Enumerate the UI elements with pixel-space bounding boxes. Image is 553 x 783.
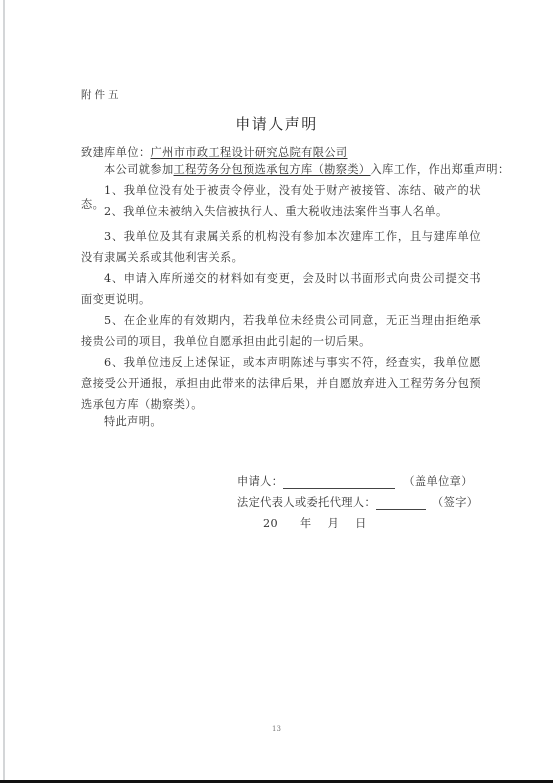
representative-signature-row: 法定代表人或委托代理人： （签字） (237, 496, 478, 510)
representative-label: 法定代表人或委托代理人： (237, 496, 376, 509)
recipient-prefix: 致建库单位： (81, 146, 151, 159)
document-title: 申请人声明 (0, 115, 553, 133)
representative-note: （签字） (432, 496, 478, 509)
clause-6: 6、我单位违反上述保证，或本声明陈述与事实不符，经查实，我单位愿意接受公开通报，… (81, 352, 481, 415)
representative-signature-line (376, 498, 426, 510)
clause-5: 5、在企业库的有效期内，若我单位未经贵公司同意，无正当理由拒绝承接贵公司的项目，… (81, 310, 481, 352)
clause-4: 4、申请入库所递交的材料如有变更，会及时以书面形式向贵公司提交书面变更说明。 (81, 268, 481, 310)
intro-line: 本公司就参加工程劳务分包预选承包方库（勘察类）入库工作，作出郑重声明： (104, 163, 510, 177)
date-year-prefix: 20 (263, 517, 278, 530)
applicant-note: （盖单位章） (403, 475, 473, 488)
attachment-label: 附件五 (81, 88, 122, 102)
page-number: 13 (0, 722, 553, 736)
closing-statement: 特此声明。 (104, 415, 162, 429)
applicant-label: 申请人： (237, 475, 283, 488)
applicant-signature-line (283, 477, 395, 489)
clause-3: 3、我单位及其有隶属关系的机构没有参加本次建库工作，且与建库单位没有隶属关系或其… (81, 226, 481, 268)
recipient-line: 致建库单位：广州市市政工程设计研究总院有限公司 (81, 146, 348, 160)
applicant-signature-row: 申请人： （盖单位章） (237, 475, 473, 489)
date-row: 20 年 月 日 (263, 517, 367, 531)
intro-prefix: 本公司就参加 (104, 163, 174, 176)
recipient-name: 广州市市政工程设计研究总院有限公司 (151, 146, 348, 159)
date-month: 月 (328, 517, 340, 530)
intro-project: 工程劳务分包预选承包方库（勘察类） (174, 163, 371, 176)
date-year: 年 (300, 517, 312, 530)
clause-2: 2、我单位未被纳入失信被执行人、重大税收违法案件当事人名单。 (81, 205, 481, 219)
date-day: 日 (355, 517, 367, 530)
intro-suffix: 入库工作，作出郑重声明： (371, 163, 510, 176)
